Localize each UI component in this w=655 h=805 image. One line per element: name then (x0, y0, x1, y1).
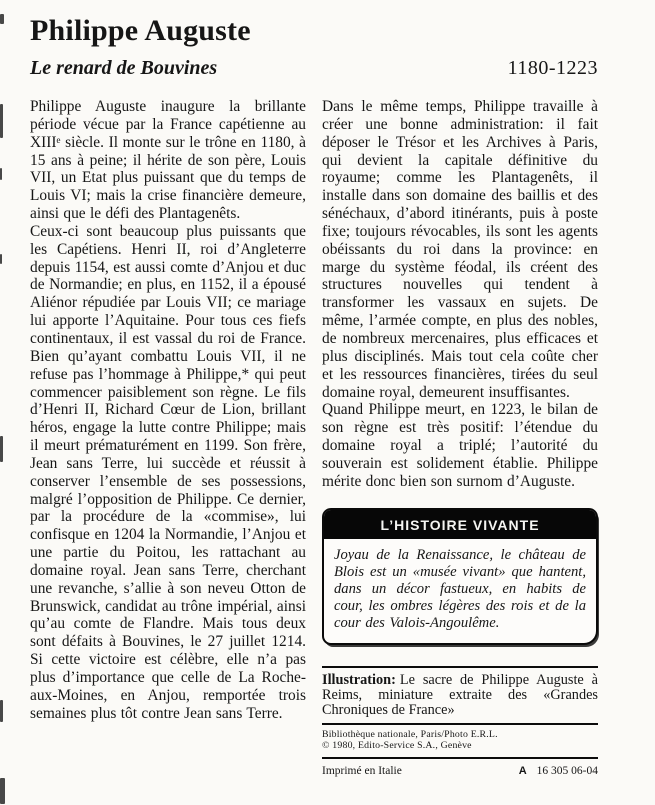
credits-block: Bibliothèque nationale, Paris/Photo E.R.… (322, 725, 598, 755)
imprint-code: A16 305 06-04 (519, 765, 598, 777)
scan-artifact (0, 778, 5, 804)
credit-line-copyright: © 1980, Edito-Service S.A., Genève (322, 740, 598, 751)
reign-dates: 1180-1223 (508, 56, 598, 80)
scan-artifact (0, 700, 3, 722)
right-column: Dans le même temps, Philippe travaille à… (322, 98, 598, 777)
illustration-caption: Illustration:Le sacre de Philippe August… (322, 673, 598, 719)
page-title: Philippe Auguste (30, 14, 598, 48)
imprint-origin: Imprimé en Italie (322, 765, 402, 777)
imprint-code-letter: A (519, 765, 527, 777)
imprint-code-number: 16 305 06-04 (537, 765, 598, 777)
body-paragraph: Ceux-ci sont beaucoup plus puissants que… (30, 223, 306, 723)
page-subtitle: Le renard de Bouvines (30, 56, 217, 80)
scan-artifact (0, 436, 3, 462)
divider-rule-bottom (322, 757, 598, 759)
imprint-row: Imprimé en Italie A16 305 06-04 (322, 765, 598, 777)
divider-rule-top (322, 666, 598, 668)
caption-label: Illustration: (322, 672, 396, 688)
histoire-vivante-box: L’HISTOIRE VIVANTE Joyau de la Renaissan… (322, 508, 598, 645)
body-paragraph: Philippe Auguste inaugure la brillante p… (30, 98, 306, 223)
body-paragraph: Dans le même temps, Philippe travaille à… (322, 98, 598, 401)
scan-artifact (0, 14, 4, 24)
scan-artifact (0, 254, 2, 264)
histoire-vivante-title: L’HISTOIRE VIVANTE (324, 510, 596, 539)
left-column: Philippe Auguste inaugure la brillante p… (30, 98, 306, 777)
magazine-page: Philippe Auguste Le renard de Bouvines 1… (0, 0, 655, 805)
subtitle-row: Le renard de Bouvines 1180-1223 (30, 56, 598, 80)
two-column-body: Philippe Auguste inaugure la brillante p… (30, 98, 598, 777)
scan-artifact (0, 168, 2, 180)
histoire-vivante-text: Joyau de la Renaissance, le château de B… (324, 539, 596, 643)
body-paragraph: Quand Philippe meurt, en 1223, le bilan … (322, 401, 598, 490)
scan-artifact (0, 104, 3, 138)
page-header: Philippe Auguste Le renard de Bouvines 1… (30, 14, 598, 80)
credit-line-photo: Bibliothèque nationale, Paris/Photo E.R.… (322, 729, 598, 740)
